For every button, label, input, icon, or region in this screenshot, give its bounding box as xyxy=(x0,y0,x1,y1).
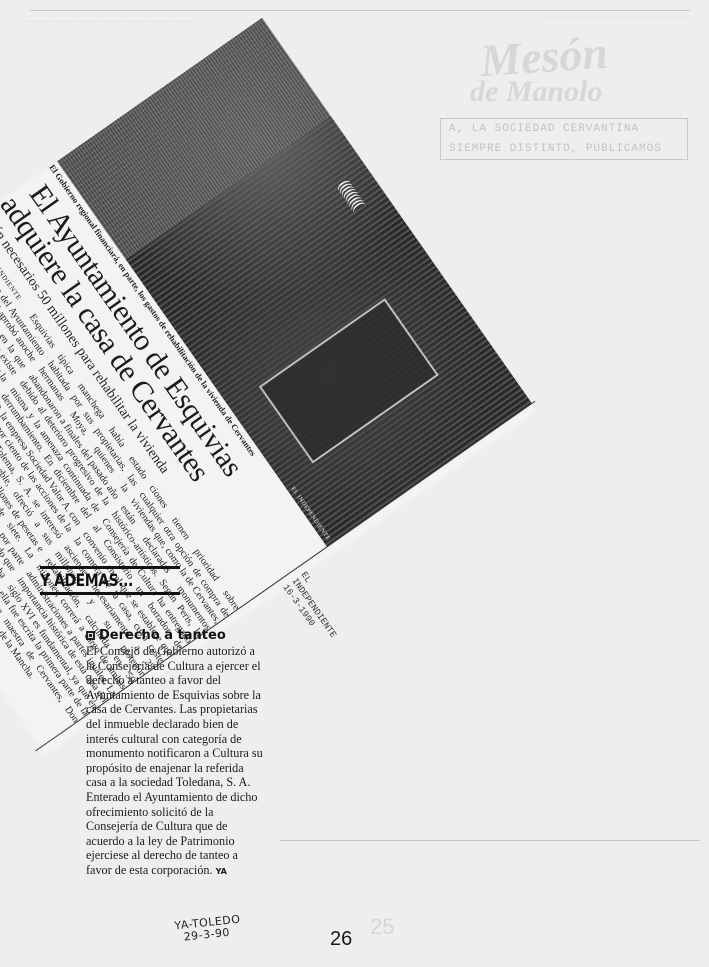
ghost-rule xyxy=(280,840,700,841)
sidebar-article: Derecho a tanteo El Consejo de Gobierno … xyxy=(86,628,266,880)
handwritten-note: YA-TOLEDO 29-3-90 xyxy=(174,914,242,945)
ghost-column: …………………………………………………………………………………………………………… xyxy=(540,10,690,530)
article-body-text: El Consejo de Gobierno autorizó a la Con… xyxy=(86,644,263,877)
photo-doorway xyxy=(259,298,439,463)
article-source: YA xyxy=(216,867,227,876)
article-heading: Derecho a tanteo xyxy=(86,628,266,643)
section-title: Y ADEMAS... xyxy=(40,571,155,591)
ghost-page-number: 25 xyxy=(370,914,394,940)
section-rule-bottom xyxy=(40,592,180,595)
section-header-box: Y ADEMAS... xyxy=(40,566,180,595)
article-title: Derecho a tanteo xyxy=(99,628,226,643)
square-bullet-icon xyxy=(86,631,95,640)
article-body: El Consejo de Gobierno autorizó a la Con… xyxy=(86,644,266,880)
section-rule-top xyxy=(40,566,180,569)
page-number: 26 xyxy=(330,928,352,951)
scanned-page: …………………………………………………………………………………………………………… xyxy=(0,0,709,967)
handwritten-dateline: EL INDEPENDIENTE 16-3-1990 xyxy=(280,570,347,646)
photo-roof-tiles: ((((((((( xyxy=(334,177,366,212)
